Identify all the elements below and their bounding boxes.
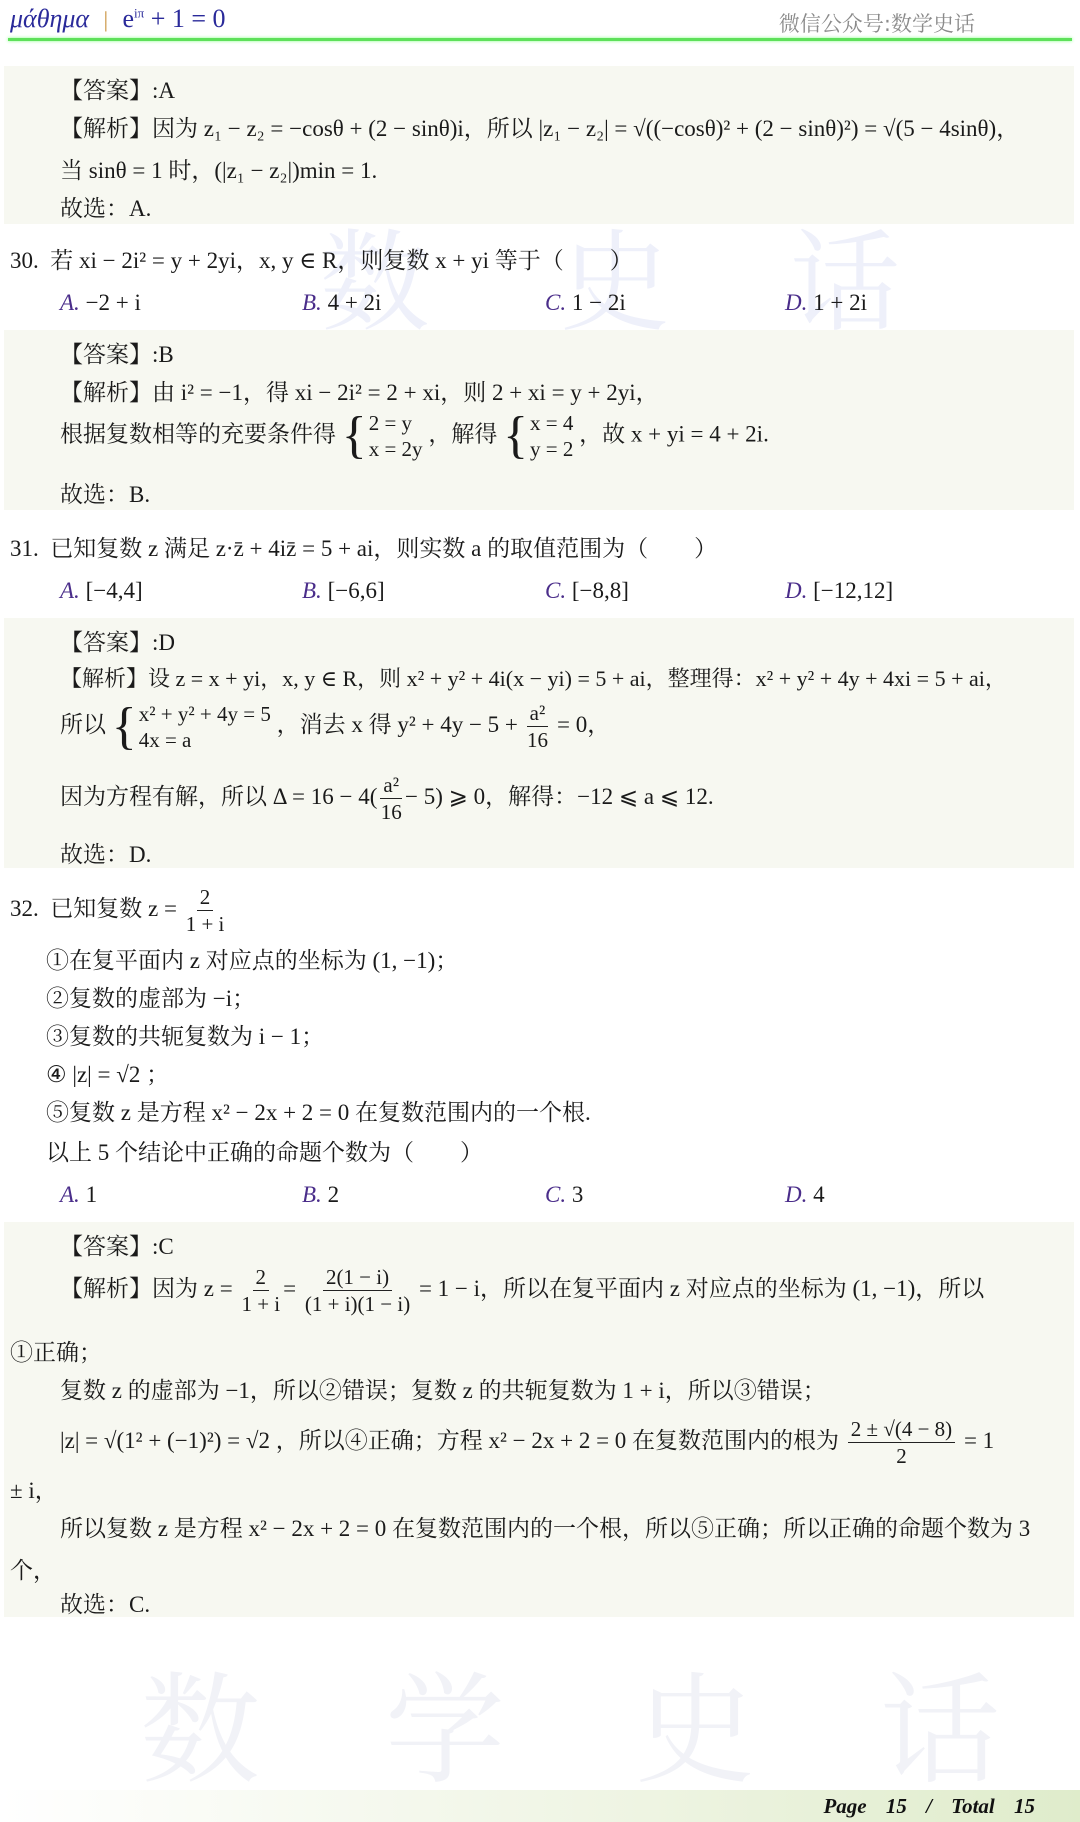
fraction: 21 + i [186, 884, 225, 937]
answer-label: 【答案】:C [60, 1228, 174, 1261]
answer-label: 【答案】:D [60, 624, 175, 657]
equation-system: {x² + y² + 4y = 54x = a [112, 701, 271, 753]
choice-line: 故选：C. [60, 1586, 150, 1619]
watermark-char: 史 [635, 1635, 755, 1807]
question-32: 32. 已知复数 z = 21 + i [10, 884, 227, 937]
question-30: 30. 若 xi − 2i² = y + 2yi，x, y ∈ R，则复数 x … [10, 242, 633, 275]
analysis-line: ± i， [10, 1472, 58, 1505]
fraction: a²16 [527, 700, 549, 753]
watermark-char: 话 [880, 1635, 1000, 1807]
equation-system: {2 = yx = 2y [342, 410, 423, 462]
analysis-line: 【解析】因为 z₁ − z₂ = −cosθ + (2 − sinθ)i，所以 … [60, 110, 1019, 143]
option-c: C. [−8,8] [545, 578, 629, 604]
analysis-line: 所以复数 z 是方程 x² − 2x + 2 = 0 在复数范围内的一个根，所以… [60, 1510, 1030, 1543]
choice-line: 故选：D. [60, 836, 151, 869]
analysis-line: 根据复数相等的充要条件得 {2 = yx = 2y ，解得 {x = 4y = … [60, 410, 769, 462]
watermark-char: 学 [385, 1635, 505, 1807]
option-d: D. 1 + 2i [785, 290, 867, 316]
fraction: 2(1 − i)(1 + i)(1 − i) [305, 1264, 410, 1317]
fraction: a²16 [380, 772, 402, 825]
answer-label: 【答案】:B [60, 336, 174, 369]
wechat-account: 微信公众号:数学史话 [779, 8, 975, 38]
option-d: D. 4 [785, 1182, 825, 1208]
option-c: C. 3 [545, 1182, 583, 1208]
option-b: B. 4 + 2i [302, 290, 381, 316]
question-31: 31. 已知复数 z 满足 z·z̄ + 4iz̄ = 5 + ai，则实数 a… [10, 530, 717, 563]
choice-line: 故选：B. [60, 476, 150, 509]
analysis-line: 【解析】因为 z = 21 + i= 2(1 − i)(1 + i)(1 − i… [60, 1264, 984, 1317]
header-separator: | [104, 7, 108, 32]
statement-5: ⑤复数 z 是方程 x² − 2x + 2 = 0 在复数范围内的一个根. [46, 1094, 591, 1127]
fraction: 2 ± √(4 − 8)2 [848, 1416, 955, 1469]
page-indicator: Page 15 / Total 15 [823, 1794, 1035, 1819]
analysis-line: 所以 {x² + y² + 4y = 54x = a ，消去 x 得 y² + … [60, 700, 610, 753]
statement-1: ①在复平面内 z 对应点的坐标为 (1, −1)； [46, 942, 458, 975]
equation-system: {x = 4y = 2 [503, 410, 573, 462]
option-c: C. 1 − 2i [545, 290, 626, 316]
brand-name: μάθημα [10, 4, 89, 33]
option-a: A. 1 [60, 1182, 97, 1208]
fraction: 21 + i [241, 1264, 280, 1317]
analysis-line: |z| = √(1² + (−1)²) = √2 ，所以④正确；方程 x² − … [60, 1416, 994, 1469]
analysis-line: 因为方程有解，所以 Δ = 16 − 4(a²16− 5) ⩾ 0，解得：−12… [60, 772, 714, 825]
analysis-line: 个， [10, 1552, 56, 1585]
choice-line: 故选：A. [60, 190, 151, 223]
euler-formula: eiπ + 1 = 0 [122, 4, 225, 33]
analysis-line: ①正确； [10, 1334, 102, 1367]
option-b: B. [−6,6] [302, 578, 385, 604]
analysis-line: 复数 z 的虚部为 −1，所以②错误；复数 z 的共轭复数为 1 + i，所以③… [60, 1372, 826, 1405]
option-a: A. [−4,4] [60, 578, 143, 604]
answer-label: 【答案】:A [60, 72, 175, 105]
statement-2: ②复数的虚部为 −i； [46, 980, 255, 1013]
analysis-line: 【解析】由 i² = −1，得 xi − 2i² = 2 + xi，则 2 + … [60, 374, 659, 407]
statement-4: ④ |z| = √2 ； [46, 1056, 169, 1089]
statement-3: ③复数的共轭复数为 i − 1； [46, 1018, 324, 1051]
question-prompt: 以上 5 个结论中正确的命题个数为（ ） [46, 1134, 483, 1167]
header-rule [8, 38, 1072, 41]
option-d: D. [−12,12] [785, 578, 893, 604]
watermark-char: 数 [140, 1635, 260, 1807]
option-b: B. 2 [302, 1182, 339, 1208]
page-footer: Page 15 / Total 15 [0, 1790, 1080, 1822]
page-header: μάθημα | eiπ + 1 = 0 微信公众号:数学史话 [0, 0, 1080, 42]
header-brand: μάθημα | eiπ + 1 = 0 [10, 4, 226, 34]
option-a: A. −2 + i [60, 290, 141, 316]
analysis-line: 当 sinθ = 1 时，(|z₁ − z₂|)min = 1. [60, 152, 377, 185]
analysis-line: 【解析】设 z = x + yi，x, y ∈ R，则 x² + y² + 4i… [60, 662, 1007, 693]
